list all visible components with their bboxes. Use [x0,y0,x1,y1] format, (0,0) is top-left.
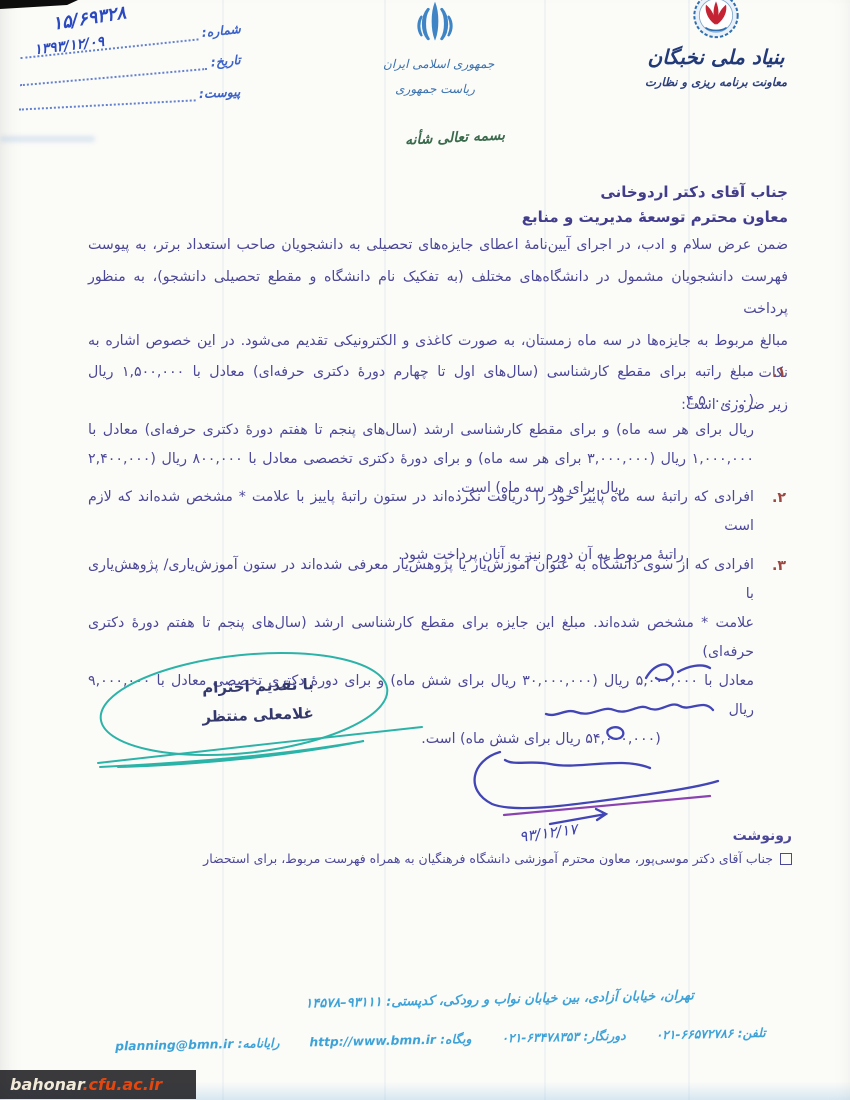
item-number: ۱. [772,359,786,388]
addressee-name: جناب آقای دکتر اردوخانی [522,180,788,205]
org-name: بنیاد ملی نخبگان [616,45,816,69]
gov-title: جمهوری اسلامی ایران [383,57,487,71]
item-line: افرادی که راتبۀ سه ماه پاییز خود را دریا… [88,483,754,541]
organization-header: بنیاد ملی نخبگان معاونت برنامه ریزی و نظ… [616,0,816,89]
org-department: معاونت برنامه ریزی و نظارت [616,75,816,89]
list-item-1: ۱. مبلغ راتبه برای مقطع کارشناسی (سال‌ها… [88,358,788,503]
footer-website: وبگاه: http://www.bmn.ir [309,1032,471,1049]
scanned-letter-page: شماره: تاریخ: پیوست: ‪۱۵/۶۹۳۲۸‬ ‪۱۳۹۳/۱۲… [0,0,850,1100]
scan-smudge-artifact [0,136,95,142]
watermark-site-domain: .cfu.ac.ir [82,1075,162,1094]
footer-fax: دورنگار: ‪۰۲۱-۶۳۴۷۸۳۵۳‬ [501,1029,625,1046]
gov-subtitle: ریاست جمهوری [383,82,487,96]
copy-section: رونوشت جناب آقای دکتر موسی‌پور، معاون مح… [55,828,792,866]
item-number: ۳. [772,552,786,581]
item-line: مبلغ راتبه برای مقطع کارشناسی (سال‌های ا… [88,358,754,416]
iran-emblem-icon [414,0,456,55]
watermark-badge: bahonar.cfu.ac.ir [0,1070,196,1099]
body-line: ضمن عرض سلام و ادب، در اجرای آیین‌نامۀ ا… [88,229,788,261]
item-line: ۱,۰۰۰,۰۰۰ ریال (۳,۰۰۰,۰۰۰ برای هر سه ماه… [88,445,754,474]
scan-edge-artifact [0,0,78,9]
footer-email: رایانامه: planning@bmn.ir [115,1036,280,1053]
handwritten-note: ‪۹۳/۱۲/۱۷‬ [408,648,728,853]
elites-foundation-logo-icon [689,0,743,43]
footer-phone: تلفن: ‪۰۲۱-۶۶۵۷۲۷۸۶‬ [655,1026,765,1042]
item-line: افرادی که از سوی دانشگاه به عنوان آموزش‌… [88,551,754,609]
handwritten-note-icon: ‪۹۳/۱۲/۱۷‬ [408,648,728,853]
letterhead-footer: تهران، خیابان آزادی، بین خیابان نواب و ر… [0,985,850,1056]
signature-scrawl-icon [98,727,422,767]
number-label: شماره: [197,21,241,40]
attachment-label: پیوست: [194,84,240,101]
dotted-leader [19,95,196,110]
date-label: تاریخ: [206,52,241,70]
addressee-block: جناب آقای دکتر اردوخانی معاون محترم توسع… [522,180,788,230]
checkbox-icon [780,853,792,865]
body-line: فهرست دانشجویان مشمول در دانشگاه‌های مخت… [88,261,788,325]
footer-address: تهران، خیابان آزادی، بین خیابان نواب و ر… [0,985,850,1018]
item-number: ۲. [772,484,786,513]
addressee-title: معاون محترم توسعۀ مدیریت و منابع [522,205,788,230]
watermark-site-name: bahonar [10,1075,82,1094]
footer-contacts: تلفن: ‪۰۲۱-۶۶۵۷۲۷۸۶‬ دورنگار: ‪۰۲۱-۶۳۴۷۸… [0,1024,850,1056]
letter-number-fields: شماره: تاریخ: پیوست: ‪۱۵/۶۹۳۲۸‬ ‪۱۳۹۳/۱۲… [18,10,240,99]
copy-recipient: جناب آقای دکتر موسی‌پور، معاون محترم آمو… [203,851,773,866]
signature-block: با تقدیم احترام غلامعلی منتظر [92,644,426,786]
besmele-text: بسمه تعالی شأنه [360,125,551,151]
government-header: جمهوری اسلامی ایران ریاست جمهوری [383,0,487,96]
item-line: ریال برای هر سه ماه) و برای مقطع کارشناس… [88,416,754,445]
copy-recipient-row: جناب آقای دکتر موسی‌پور، معاون محترم آمو… [55,851,792,866]
copy-title: رونوشت [55,828,792,844]
